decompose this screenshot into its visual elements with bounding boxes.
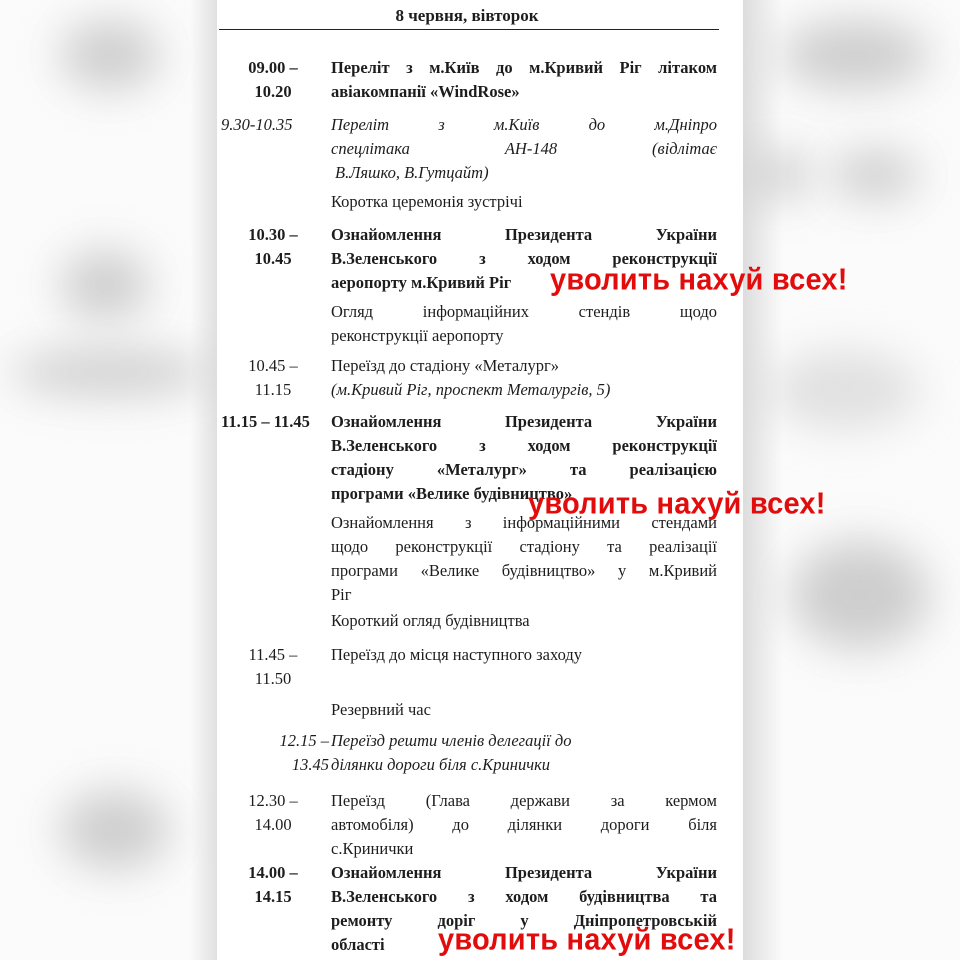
entry-time: 12.30 –14.00 [217,789,329,837]
overlay-caption: уволить нахуй всех! [528,487,826,522]
entry-text: Переліт з м.Київ до м.Дніпро спецлітака … [331,113,717,185]
entry-text: Переїзд решти членів делегації до ділянк… [331,729,661,777]
entry-text: Ознайомлення з інформаційними стендами щ… [331,511,717,607]
entry-text: Огляд інформаційних стендів щодо реконст… [331,300,717,348]
entry-text: Переїзд (Глава держави за кермом автомоб… [331,789,717,861]
entry-text: Переїзд до місця наступного заходу [331,643,717,667]
entry-time: 11.15 – 11.45 [221,410,333,434]
entry-time: 10.45 –11.15 [217,354,329,402]
entry-text: Резервний час [331,698,717,722]
overlay-caption: уволить нахуй всех! [550,263,848,298]
entry-time: 10.30 –10.45 [217,223,329,271]
entry-text: Коротка церемонія зустрічі [331,190,717,214]
entry-text: Переліт з м.Київ до м.Кривий Ріг літаком… [331,56,717,104]
entry-time: 11.45 –11.50 [217,643,329,691]
schedule-page: 8 червня, вівторок 09.00 –10.20 Переліт … [217,0,743,960]
entry-time: 9.30-10.35 [221,113,333,137]
overlay-caption: уволить нахуй всех! [438,923,736,958]
entry-time: 12.15 – 13.45 [247,729,329,777]
entry-text: Короткий огляд будівництва [331,609,717,633]
entry-time: 14.00 –14.15 [217,861,329,909]
page-title: 8 червня, вівторок [217,6,717,26]
entry-time: 09.00 –10.20 [217,56,329,104]
header-rule [219,29,719,30]
entry-text: Переїзд до стадіону «Металург» (м.Кривий… [331,354,717,402]
